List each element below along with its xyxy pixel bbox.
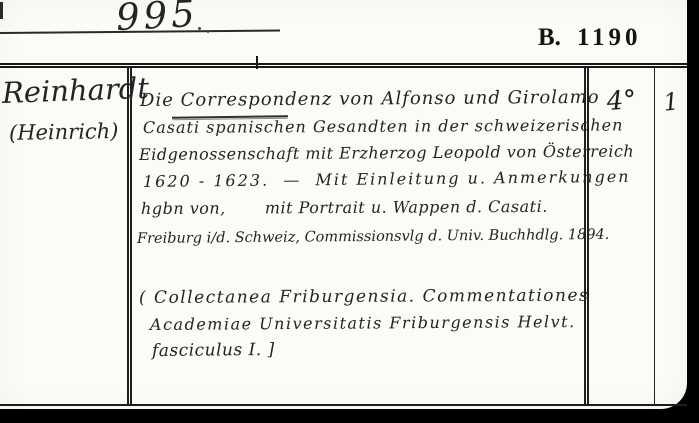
card-header: 995 B. 1190 (0, 0, 687, 68)
entry-series-line: fasciculus I. ] (152, 340, 275, 361)
author-forename: (Heinrich) (9, 119, 119, 145)
scan-edge-mark (0, 2, 3, 19)
author-surname: Reinhardt (1, 71, 149, 110)
entry-imprint-line: Freiburg i/d. Schweiz, Commissionsvlg d.… (137, 227, 610, 247)
entry-column: Die Correspondenz von Alfonso und Girola… (132, 68, 589, 404)
ink-speck (207, 31, 209, 33)
card-paper: 995 B. 1190 Reinhardt (Heinrich) Die Cor… (0, 0, 687, 409)
ink-speck (198, 27, 201, 30)
stamp-prefix: B. (538, 24, 561, 52)
entry-series-line: Academiae Universitatis Friburgensis Hel… (150, 312, 576, 334)
entry-line: Casati spanischen Gesandten in der schwe… (143, 115, 623, 137)
entry-line: Die Correspondenz von Alfonso und Girola… (140, 87, 600, 111)
stamp-number: 1190 (577, 24, 642, 52)
shelf-number: 995 (115, 0, 200, 39)
author-column: Reinhardt (Heinrich) (0, 68, 132, 404)
count-value: 1 (654, 86, 689, 117)
ruled-table: Reinhardt (Heinrich) Die Correspondenz v… (0, 68, 687, 406)
scanned-catalog-card: 995 B. 1190 Reinhardt (Heinrich) Die Cor… (0, 0, 699, 423)
entry-line: hgbn von, mit Portrait u. Wappen d. Casa… (141, 197, 548, 218)
entry-line: 1620 - 1623. — Mit Einleitung u. Anmerku… (143, 167, 631, 191)
entry-line: Eidgenossenschaft mit Erzherzog Leopold … (139, 142, 634, 164)
count-column: 1 (655, 68, 687, 404)
entry-series-line: ( Collectanea Friburgensia. Commentation… (139, 286, 589, 308)
format-column: 4° (589, 68, 655, 404)
format-value: 4° (588, 84, 655, 118)
accession-stamp: B. 1190 (538, 24, 642, 52)
